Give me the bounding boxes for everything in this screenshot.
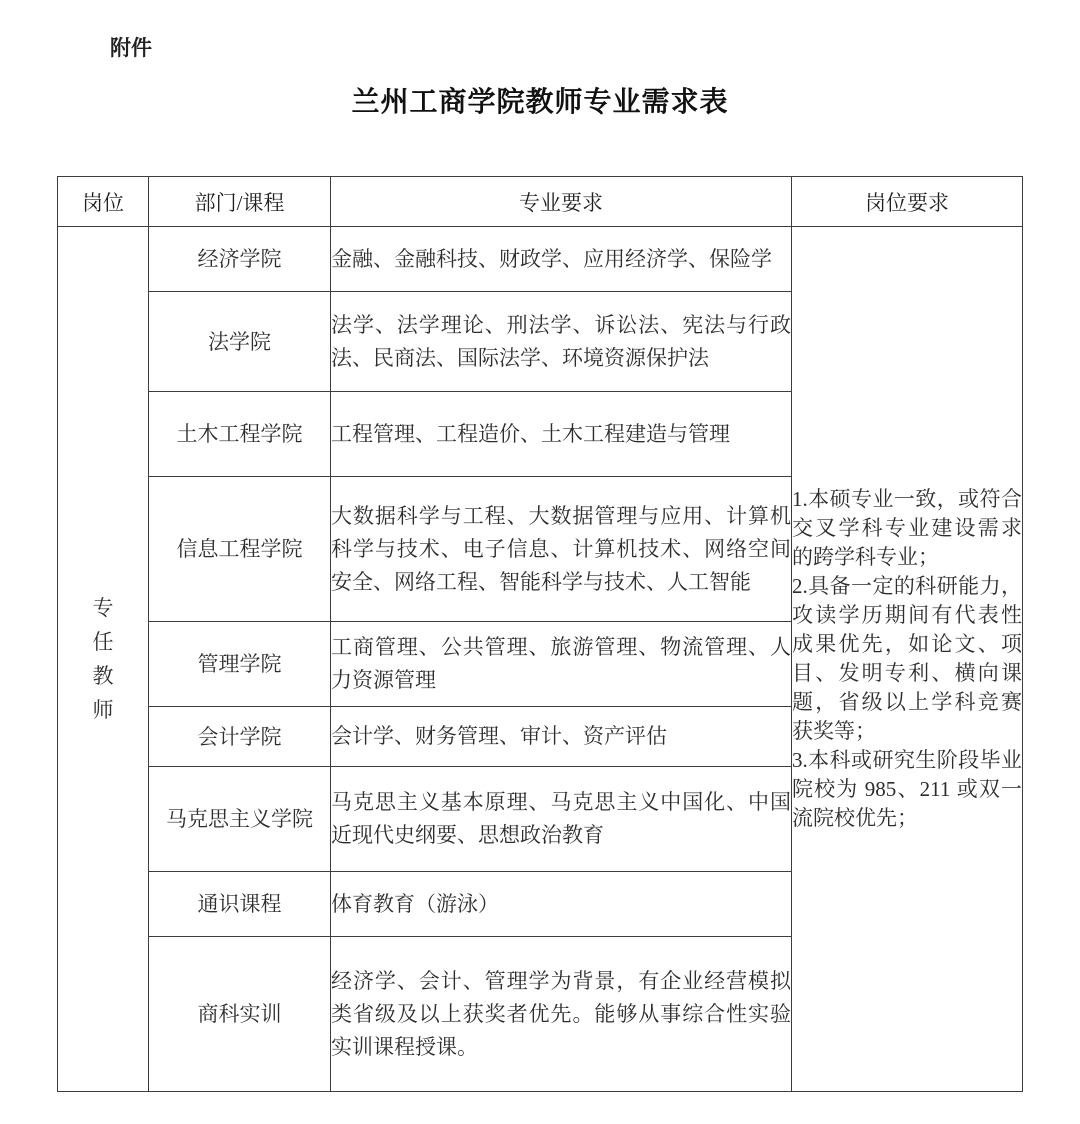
header-position: 岗位 (58, 177, 149, 227)
majors-cell: 工程管理、工程造价、土木工程建造与管理 (331, 392, 792, 477)
majors-cell: 金融、金融科技、财政学、应用经济学、保险学 (331, 227, 792, 292)
majors-cell: 法学、法学理论、刑法学、诉讼法、宪法与行政法、民商法、国际法学、环境资源保护法 (331, 292, 792, 392)
header-major: 专业要求 (331, 177, 792, 227)
department-cell: 信息工程学院 (149, 477, 331, 622)
requirement-item: 1.本硕专业一致，或符合交叉学科专业建设需求的跨学科专业； (792, 485, 1022, 572)
requirements-cell: 1.本硕专业一致，或符合交叉学科专业建设需求的跨学科专业； 2.具备一定的科研能… (792, 227, 1023, 1092)
header-department: 部门/课程 (149, 177, 331, 227)
majors-cell: 会计学、财务管理、审计、资产评估 (331, 707, 792, 767)
header-requirement: 岗位要求 (792, 177, 1023, 227)
department-cell: 管理学院 (149, 622, 331, 707)
table-header-row: 岗位 部门/课程 专业要求 岗位要求 (58, 177, 1023, 227)
department-cell: 经济学院 (149, 227, 331, 292)
demand-table-container: 岗位 部门/课程 专业要求 岗位要求 专任教师 经济学院 金融、金融科技、财政学… (57, 176, 1023, 1092)
position-group-label: 专任教师 (91, 591, 114, 727)
page-title: 兰州工商学院教师专业需求表 (0, 80, 1080, 120)
department-cell: 马克思主义学院 (149, 767, 331, 872)
majors-cell: 经济学、会计、管理学为背景，有企业经营模拟类省级及以上获奖者优先。能够从事综合性… (331, 937, 792, 1092)
demand-table: 岗位 部门/课程 专业要求 岗位要求 专任教师 经济学院 金融、金融科技、财政学… (57, 176, 1023, 1092)
department-cell: 土木工程学院 (149, 392, 331, 477)
majors-cell: 体育教育（游泳） (331, 872, 792, 937)
attachment-label: 附件 (110, 32, 152, 62)
document-page: { "page": { "attachment_label": "附件", "t… (0, 0, 1080, 1124)
department-cell: 法学院 (149, 292, 331, 392)
requirement-item: 2.具备一定的科研能力，攻读学历期间有代表性成果优先，如论文、项目、发明专利、横… (792, 572, 1022, 746)
majors-cell: 工商管理、公共管理、旅游管理、物流管理、人力资源管理 (331, 622, 792, 707)
table-row: 专任教师 经济学院 金融、金融科技、财政学、应用经济学、保险学 1.本硕专业一致… (58, 227, 1023, 292)
majors-cell: 大数据科学与工程、大数据管理与应用、计算机科学与技术、电子信息、计算机技术、网络… (331, 477, 792, 622)
majors-cell: 马克思主义基本原理、马克思主义中国化、中国近现代史纲要、思想政治教育 (331, 767, 792, 872)
department-cell: 通识课程 (149, 872, 331, 937)
position-group-cell: 专任教师 (58, 227, 149, 1092)
department-cell: 商科实训 (149, 937, 331, 1092)
requirement-item: 3.本科或研究生阶段毕业院校为 985、211 或双一流院校优先； (792, 746, 1022, 833)
department-cell: 会计学院 (149, 707, 331, 767)
